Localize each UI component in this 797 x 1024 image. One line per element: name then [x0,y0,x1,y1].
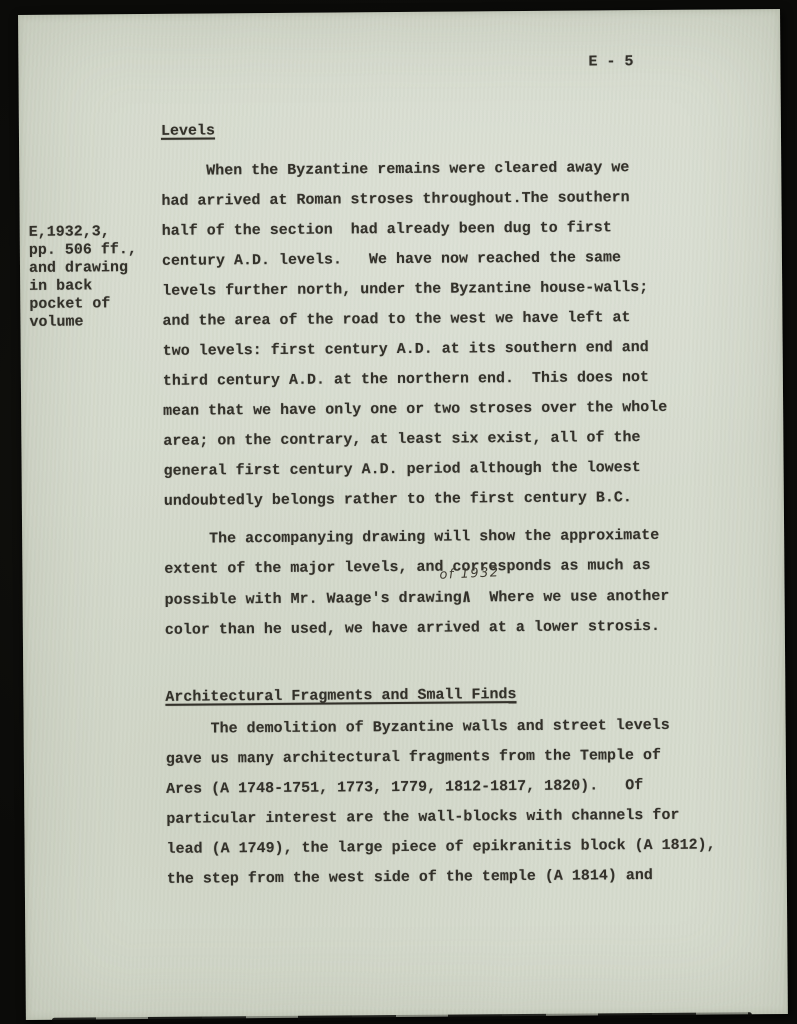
text-line: undoubtedly belongs rather to the first … [164,482,756,517]
margin-note-line: and drawing [29,259,159,278]
text-line: and the area of the road to the west we … [162,302,754,337]
scan-background: { "document": { "page_number": "E - 5", … [0,0,797,1024]
page-number: E - 5 [588,52,633,72]
margin-note-line: pocket of [29,295,159,314]
text-line: two levels: first century A.D. at its so… [163,332,755,367]
margin-note-line: E,1932,3, [29,223,159,242]
text-line: century A.D. levels. We have now reached… [162,242,754,277]
margin-note-line: pp. 506 ff., [29,241,159,260]
section-heading-architectural-fragments: Architectural Fragments and Small Finds [165,678,757,713]
margin-note: E,1932,3, pp. 506 ff., and drawing in ba… [29,223,160,332]
paragraph: The demolition of Byzantine walls and st… [166,710,759,895]
margin-note-line: in back [29,277,159,296]
document-body: Levels When the Byzantine remains were c… [161,112,759,895]
text-line: When the Byzantine remains were cleared … [161,152,753,187]
text-line: color than he used, we have arrived at a… [165,611,757,646]
text-line: gave us many architectural fragments fro… [166,740,758,775]
paragraph: When the Byzantine remains were cleared … [161,152,756,517]
paragraph: The accompanying drawing will show the a… [164,520,757,646]
section-heading-levels: Levels [161,112,753,147]
caret-mark: ∧ [462,580,472,615]
paper-page: E - 5 E,1932,3, pp. 506 ff., and drawing… [18,9,788,1020]
text-line: levels further north, under the Byzantin… [162,272,754,307]
text-line: particular interest are the wall-blocks … [166,800,758,835]
text-line: half of the section had already been dug… [162,212,754,247]
text-line: third century A.D. at the northern end. … [163,362,755,397]
margin-note-line: volume [29,313,159,332]
text-line: Ares (A 1748-1751, 1773, 1779, 1812-1817… [166,770,758,805]
line-text-before: possible with Mr. Waage's drawing [165,590,462,609]
text-line: general first century A.D. period althou… [163,452,755,487]
text-line: area; on the contrary, at least six exis… [163,422,755,457]
text-line: mean that we have only one or two strose… [163,392,755,427]
text-line: the step from the west side of the templ… [167,860,759,895]
text-line-with-insert: possible with Mr. Waage's drawingof 1932… [165,580,757,616]
text-line: The demolition of Byzantine walls and st… [166,710,758,745]
text-line: had arrived at Roman stroses throughout.… [161,182,753,217]
line-text-after: Where we use another [471,588,669,607]
text-line: The accompanying drawing will show the a… [164,520,756,555]
insert-anchor: of 1932∧ [462,582,472,613]
text-line: lead (A 1749), the large piece of epikra… [166,830,758,865]
